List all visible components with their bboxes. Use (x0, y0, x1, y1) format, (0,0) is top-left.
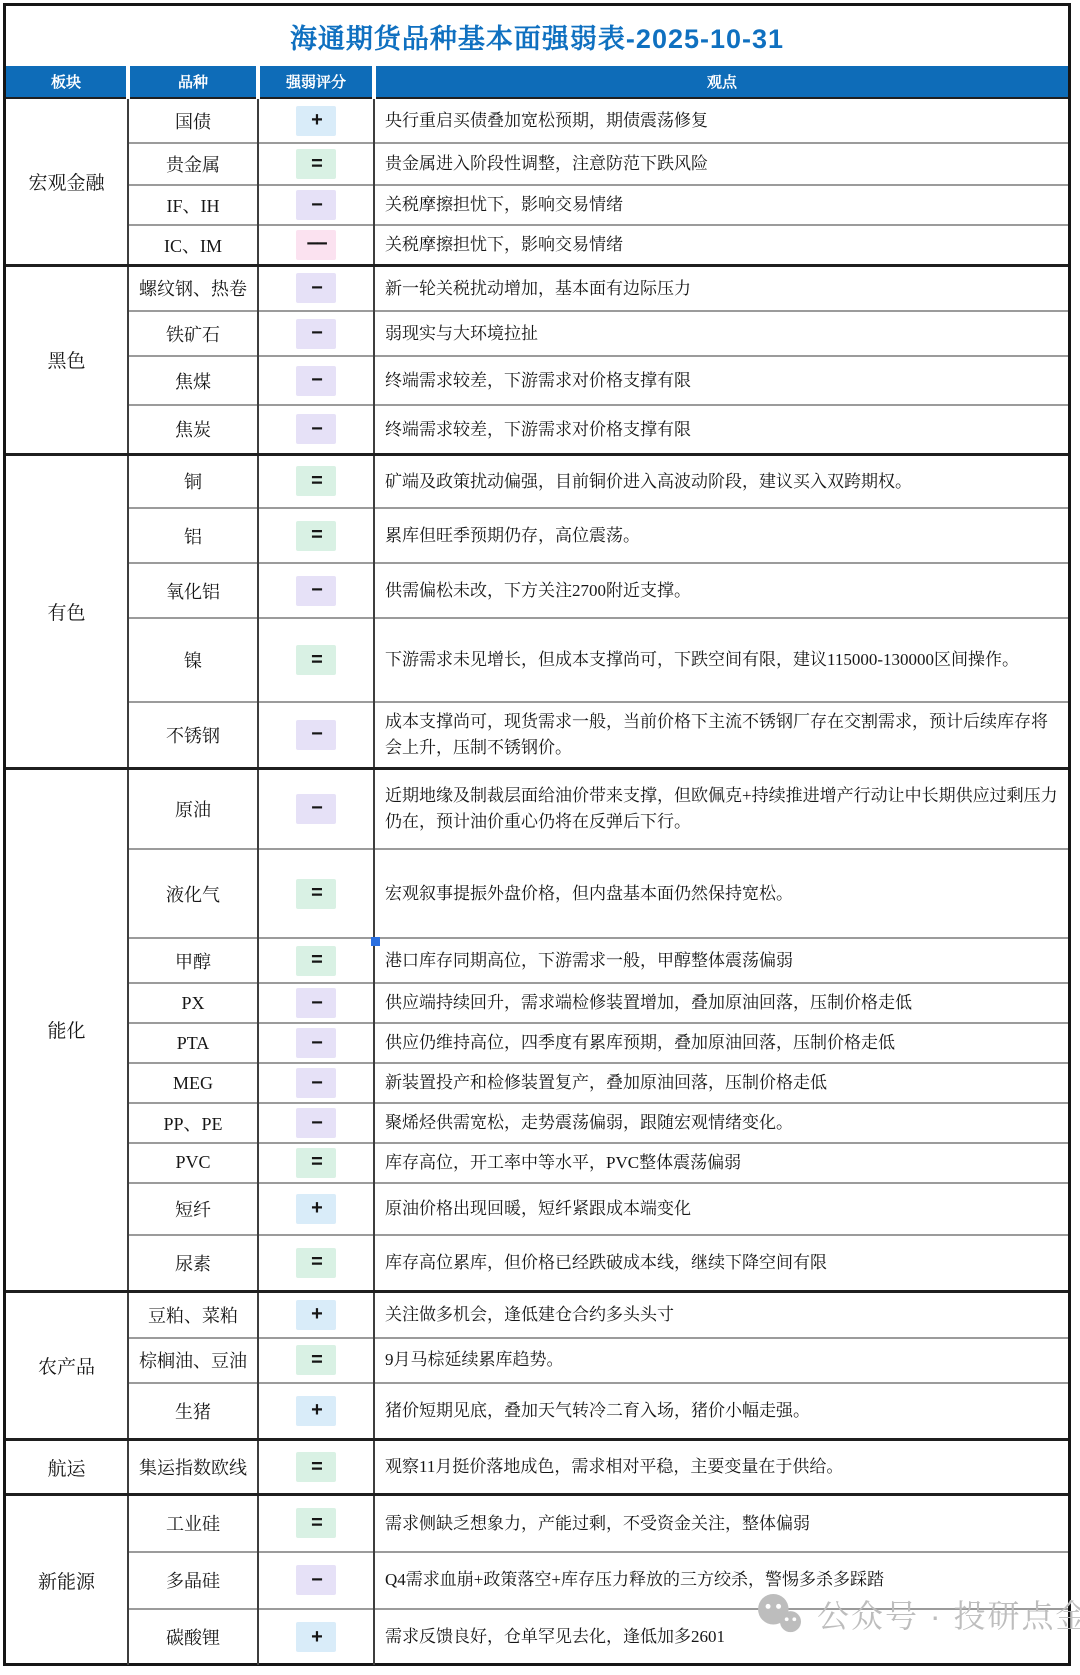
variety-cell: 铁矿石 (128, 311, 258, 356)
strength-table: 板块 品种 强弱评分 观点 宏观金融国债+央行重启买债叠加宽松预期，期债震荡修复… (6, 66, 1068, 1665)
score-cell: = (258, 618, 374, 702)
score-badge: = (296, 946, 336, 976)
score-badge: + (296, 1622, 336, 1652)
score-badge: − (296, 190, 336, 220)
table-row: 有色铜=矿端及政策扰动偏强，目前铜价进入高波动阶段，建议买入双跨期权。 (6, 454, 1068, 508)
sector-cell: 航运 (6, 1440, 128, 1495)
page-title: 海通期货品种基本面强弱表-2025-10-31 (6, 6, 1068, 66)
view-cell: 近期地缘及制裁层面给油价带来支撑，但欧佩克+持续推进增产行动让中长期供应过剩压力… (374, 768, 1068, 849)
score-badge: = (296, 1345, 336, 1375)
score-cell: − (258, 1023, 374, 1063)
table-row: MEG−新装置投产和检修装置复产，叠加原油回落，压制价格走低 (6, 1063, 1068, 1103)
table-row: 农产品豆粕、菜粕+关注做多机会，逢低建仓合约多头头寸 (6, 1292, 1068, 1338)
variety-cell: PVC (128, 1143, 258, 1183)
header-sector: 板块 (6, 66, 128, 98)
view-cell: 下游需求未见增长，但成本支撑尚可，下跌空间有限，建议115000-130000区… (374, 618, 1068, 702)
table-row: PVC=库存高位，开工率中等水平，PVC整体震荡偏弱 (6, 1143, 1068, 1183)
table-row: 短纤+原油价格出现回暖，短纤紧跟成本端变化 (6, 1183, 1068, 1235)
variety-cell: PTA (128, 1023, 258, 1063)
view-cell: 终端需求较差，下游需求对价格支撑有限 (374, 405, 1068, 454)
score-badge: = (296, 149, 336, 179)
score-cell: + (258, 1609, 374, 1665)
variety-cell: PX (128, 983, 258, 1023)
table-row: 尿素=库存高位累库，但价格已经跌破成本线，继续下降空间有限 (6, 1235, 1068, 1292)
table-row: 生猪+猪价短期见底，叠加天气转冷二育入场，猪价小幅走强。 (6, 1383, 1068, 1440)
table-row: 焦煤−终端需求较差，下游需求对价格支撑有限 (6, 356, 1068, 405)
score-cell: − (258, 563, 374, 618)
score-badge: = (296, 1452, 336, 1482)
score-cell: − (258, 405, 374, 454)
table-row: 液化气=宏观叙事提振外盘价格，但内盘基本面仍然保持宽松。 (6, 849, 1068, 938)
view-cell: 关税摩擦担忧下，影响交易情绪 (374, 225, 1068, 265)
variety-cell: 短纤 (128, 1183, 258, 1235)
view-cell: 供应仍维持高位，四季度有累库预期，叠加原油回落，压制价格走低 (374, 1023, 1068, 1063)
score-badge: − (296, 319, 336, 349)
score-badge: − (296, 576, 336, 606)
score-badge: − (296, 366, 336, 396)
variety-cell: 氧化铝 (128, 563, 258, 618)
score-badge: − (296, 1108, 336, 1138)
table-row: 能化原油−近期地缘及制裁层面给油价带来支撑，但欧佩克+持续推进增产行动让中长期供… (6, 768, 1068, 849)
variety-cell: MEG (128, 1063, 258, 1103)
view-cell: 成本支撑尚可，现货需求一般，当前价格下主流不锈钢厂存在交割需求，预计后续库存将会… (374, 702, 1068, 768)
score-badge: − (296, 988, 336, 1018)
table-body: 宏观金融国债+央行重启买债叠加宽松预期，期债震荡修复贵金属=贵金属进入阶段性调整… (6, 98, 1068, 1665)
view-cell: 猪价短期见底，叠加天气转冷二育入场，猪价小幅走强。 (374, 1383, 1068, 1440)
view-cell: 宏观叙事提振外盘价格，但内盘基本面仍然保持宽松。 (374, 849, 1068, 938)
variety-cell: 镍 (128, 618, 258, 702)
variety-cell: 铝 (128, 508, 258, 563)
table-header-row: 板块 品种 强弱评分 观点 (6, 66, 1068, 98)
view-cell: 原油价格出现回暖，短纤紧跟成本端变化 (374, 1183, 1068, 1235)
view-cell: 矿端及政策扰动偏强，目前铜价进入高波动阶段，建议买入双跨期权。 (374, 454, 1068, 508)
variety-cell: 原油 (128, 768, 258, 849)
score-cell: = (258, 508, 374, 563)
view-cell: 央行重启买债叠加宽松预期，期债震荡修复 (374, 98, 1068, 143)
table-row: 甲醇=港口库存同期高位，下游需求一般，甲醇整体震荡偏弱 (6, 938, 1068, 983)
variety-cell: 多晶硅 (128, 1552, 258, 1609)
score-badge: = (296, 1248, 336, 1278)
variety-cell: 焦煤 (128, 356, 258, 405)
table-row: IC、IM−−关税摩擦担忧下，影响交易情绪 (6, 225, 1068, 265)
header-variety: 品种 (128, 66, 258, 98)
score-cell: + (258, 1292, 374, 1338)
score-cell: − (258, 768, 374, 849)
sector-cell: 黑色 (6, 265, 128, 454)
variety-cell: PP、PE (128, 1103, 258, 1143)
table-row: IF、IH−关税摩擦担忧下，影响交易情绪 (6, 185, 1068, 225)
variety-cell: 集运指数欧线 (128, 1440, 258, 1495)
view-cell: 需求侧缺乏想象力，产能过剩，不受资金关注，整体偏弱 (374, 1495, 1068, 1552)
score-badge: + (296, 1194, 336, 1224)
view-cell: 库存高位，开工率中等水平，PVC整体震荡偏弱 (374, 1143, 1068, 1183)
score-cell: = (258, 1338, 374, 1383)
view-cell: 关税摩擦担忧下，影响交易情绪 (374, 185, 1068, 225)
score-badge: − (296, 1028, 336, 1058)
table-row: 贵金属=贵金属进入阶段性调整，注意防范下跌风险 (6, 143, 1068, 185)
table-row: 不锈钢−成本支撑尚可，现货需求一般，当前价格下主流不锈钢厂存在交割需求，预计后续… (6, 702, 1068, 768)
sector-cell: 能化 (6, 768, 128, 1292)
table-row: PX−供应端持续回升，需求端检修装置增加，叠加原油回落，压制价格走低 (6, 983, 1068, 1023)
score-cell: − (258, 1063, 374, 1103)
table-row: 棕榈油、豆油=9月马棕延续累库趋势。 (6, 1338, 1068, 1383)
score-badge: − (296, 1565, 336, 1595)
score-cell: = (258, 938, 374, 983)
score-badge: − (296, 720, 336, 750)
view-cell: 9月马棕延续累库趋势。 (374, 1338, 1068, 1383)
variety-cell: 铜 (128, 454, 258, 508)
score-cell: = (258, 1495, 374, 1552)
score-cell: = (258, 1143, 374, 1183)
variety-cell: 不锈钢 (128, 702, 258, 768)
score-cell: = (258, 1235, 374, 1292)
watermark: 公众号 · 投研点金 (755, 1591, 1080, 1637)
table-row: 铝=累库但旺季预期仍存，高位震荡。 (6, 508, 1068, 563)
sector-cell: 有色 (6, 454, 128, 768)
variety-cell: 甲醇 (128, 938, 258, 983)
score-badge: = (296, 879, 336, 909)
table-row: 氧化铝−供需偏松未改，下方关注2700附近支撑。 (6, 563, 1068, 618)
score-cell: − (258, 702, 374, 768)
score-badge: = (296, 521, 336, 551)
view-cell: 关注做多机会，逢低建仓合约多头头寸 (374, 1292, 1068, 1338)
view-cell: 供需偏松未改，下方关注2700附近支撑。 (374, 563, 1068, 618)
variety-cell: IF、IH (128, 185, 258, 225)
sector-cell: 农产品 (6, 1292, 128, 1440)
view-cell: 终端需求较差，下游需求对价格支撑有限 (374, 356, 1068, 405)
score-cell: = (258, 143, 374, 185)
variety-cell: 螺纹钢、热卷 (128, 265, 258, 311)
table-row: 航运集运指数欧线=观察11月挺价落地成色，需求相对平稳，主要变量在于供给。 (6, 1440, 1068, 1495)
score-badge: = (296, 1148, 336, 1178)
view-cell: 累库但旺季预期仍存，高位震荡。 (374, 508, 1068, 563)
header-score: 强弱评分 (258, 66, 374, 98)
table-row: 铁矿石−弱现实与大环境拉扯 (6, 311, 1068, 356)
score-cell: = (258, 1440, 374, 1495)
score-cell: + (258, 98, 374, 143)
variety-cell: 尿素 (128, 1235, 258, 1292)
variety-cell: 贵金属 (128, 143, 258, 185)
score-badge: − (296, 1068, 336, 1098)
score-cell: − (258, 1552, 374, 1609)
variety-cell: 国债 (128, 98, 258, 143)
score-badge: + (296, 1300, 336, 1330)
score-cell: − (258, 185, 374, 225)
sector-cell: 新能源 (6, 1495, 128, 1665)
view-cell: 聚烯烃供需宽松，走势震荡偏弱，跟随宏观情绪变化。 (374, 1103, 1068, 1143)
score-cell: + (258, 1183, 374, 1235)
variety-cell: 碳酸锂 (128, 1609, 258, 1665)
variety-cell: 液化气 (128, 849, 258, 938)
score-cell: = (258, 849, 374, 938)
report-frame: 海通期货品种基本面强弱表-2025-10-31 板块 品种 强弱评分 观点 宏观… (3, 3, 1071, 1666)
variety-cell: 焦炭 (128, 405, 258, 454)
header-view: 观点 (374, 66, 1068, 98)
score-cell: − (258, 265, 374, 311)
variety-cell: 生猪 (128, 1383, 258, 1440)
view-cell: 新一轮关税扰动增加，基本面有边际压力 (374, 265, 1068, 311)
score-cell: − (258, 1103, 374, 1143)
variety-cell: IC、IM (128, 225, 258, 265)
table-row: PP、PE−聚烯烃供需宽松，走势震荡偏弱，跟随宏观情绪变化。 (6, 1103, 1068, 1143)
score-cell: − (258, 983, 374, 1023)
score-badge: − (296, 794, 336, 824)
view-cell: 贵金属进入阶段性调整，注意防范下跌风险 (374, 143, 1068, 185)
wechat-icon (755, 1593, 805, 1635)
cell-selection-handle (371, 937, 380, 946)
view-cell: 供应端持续回升，需求端检修装置增加，叠加原油回落，压制价格走低 (374, 983, 1068, 1023)
score-badge: − (296, 273, 336, 303)
table-row: 黑色螺纹钢、热卷−新一轮关税扰动增加，基本面有边际压力 (6, 265, 1068, 311)
view-cell: 新装置投产和检修装置复产，叠加原油回落，压制价格走低 (374, 1063, 1068, 1103)
view-cell: 观察11月挺价落地成色，需求相对平稳，主要变量在于供给。 (374, 1440, 1068, 1495)
score-badge: + (296, 1396, 336, 1426)
score-cell: −− (258, 225, 374, 265)
score-badge: = (296, 645, 336, 675)
variety-cell: 豆粕、菜粕 (128, 1292, 258, 1338)
score-badge: + (296, 106, 336, 136)
watermark-text: 公众号 · 投研点金 (817, 1591, 1080, 1637)
score-badge: −− (296, 230, 336, 260)
table-row: 镍=下游需求未见增长，但成本支撑尚可，下跌空间有限，建议115000-13000… (6, 618, 1068, 702)
table-row: 新能源工业硅=需求侧缺乏想象力，产能过剩，不受资金关注，整体偏弱 (6, 1495, 1068, 1552)
table-row: 焦炭−终端需求较差，下游需求对价格支撑有限 (6, 405, 1068, 454)
score-badge: = (296, 1508, 336, 1538)
view-cell: 弱现实与大环境拉扯 (374, 311, 1068, 356)
variety-cell: 工业硅 (128, 1495, 258, 1552)
table-row: PTA−供应仍维持高位，四季度有累库预期，叠加原油回落，压制价格走低 (6, 1023, 1068, 1063)
score-cell: = (258, 454, 374, 508)
score-cell: − (258, 311, 374, 356)
score-cell: + (258, 1383, 374, 1440)
score-cell: − (258, 356, 374, 405)
view-cell: 港口库存同期高位，下游需求一般，甲醇整体震荡偏弱 (374, 938, 1068, 983)
view-cell: 库存高位累库，但价格已经跌破成本线，继续下降空间有限 (374, 1235, 1068, 1292)
table-row: 宏观金融国债+央行重启买债叠加宽松预期，期债震荡修复 (6, 98, 1068, 143)
sector-cell: 宏观金融 (6, 98, 128, 265)
score-badge: − (296, 414, 336, 444)
variety-cell: 棕榈油、豆油 (128, 1338, 258, 1383)
score-badge: = (296, 466, 336, 496)
